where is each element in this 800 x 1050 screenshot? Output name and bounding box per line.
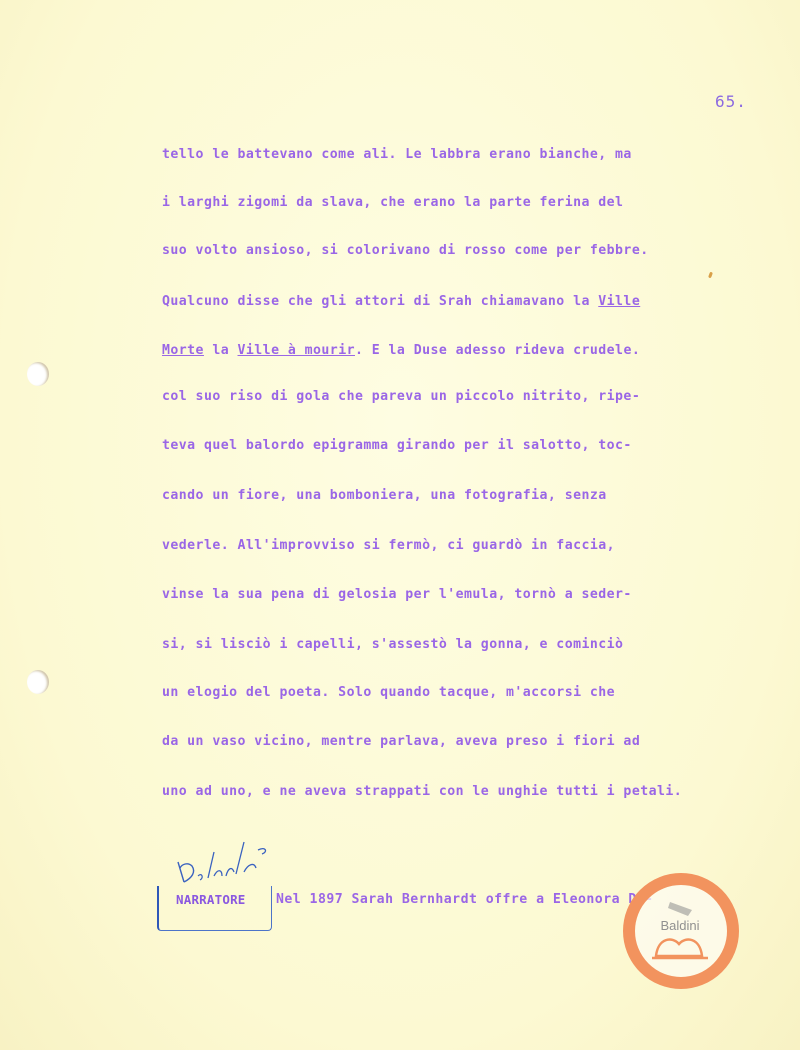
text-line-3: suo volto ansioso, si colorivano di ross… — [162, 243, 649, 258]
text-line-7: teva quel balordo epigramma girando per … — [162, 438, 632, 453]
punch-hole-top — [27, 362, 49, 386]
text-line-11: si, si lisciò i capelli, s'assestò la go… — [162, 637, 623, 652]
text-line-8: cando un fiore, una bomboniera, una foto… — [162, 488, 607, 503]
text-line-5-rest: . E la Duse adesso rideva crudele. — [355, 343, 640, 358]
underlined-morte: Morte — [162, 343, 204, 358]
text-line-2: i larghi zigomi da slava, che erano la p… — [162, 195, 623, 210]
text-line-4-body: Qualcuno disse che gli attori di Srah ch… — [162, 294, 598, 309]
underlined-ville-a-mourir: Ville à mourir — [238, 343, 355, 358]
text-line-6: col suo riso di gola che pareva un picco… — [162, 389, 640, 404]
text-line-1: tello le battevano come ali. Le labbra e… — [162, 147, 632, 162]
stamp-label: Baldini — [660, 918, 700, 933]
punch-hole-bottom — [27, 670, 49, 694]
ink-speck — [708, 272, 713, 279]
text-line-10: vinse la sua pena di gelosia per l'emula… — [162, 587, 632, 602]
text-line-13: da un vaso vicino, mentre parlava, aveva… — [162, 734, 640, 749]
typescript-page: 65. tello le battevano come ali. Le labb… — [0, 0, 800, 1050]
text-line-5: Morte la Ville à mourir. E la Duse adess… — [162, 343, 640, 358]
underlined-ville: Ville — [598, 294, 640, 309]
text-line-4: Qualcuno disse che gli attori di Srah ch… — [162, 294, 640, 309]
text-line-12: un elogio del poeta. Solo quando tacque,… — [162, 685, 615, 700]
page-number: 65. — [715, 92, 747, 111]
handwritten-annotation — [170, 832, 280, 890]
cue-text: Nel 1897 Sarah Bernhardt offre a Eleonor… — [276, 892, 654, 907]
role-label: NARRATORE — [176, 892, 246, 907]
text-line-9: vederle. All'improvviso si fermò, ci gua… — [162, 538, 615, 553]
text-line-14: uno ad uno, e ne aveva strappati con le … — [162, 784, 682, 799]
text-line-5-join: la — [204, 343, 238, 358]
